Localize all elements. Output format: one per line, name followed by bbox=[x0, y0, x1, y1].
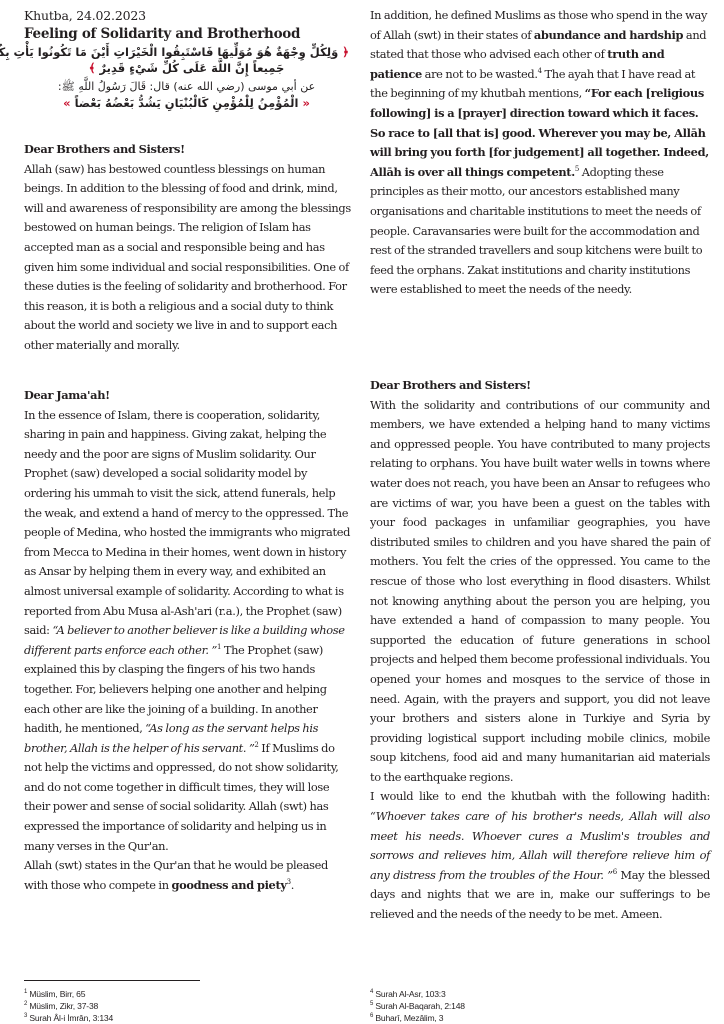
footnote-item: 4 Surah Al-Asr, 103:3 bbox=[370, 988, 465, 1000]
paragraph-text: are not to be wasted. bbox=[422, 67, 538, 81]
quote-close-icon: » bbox=[63, 96, 70, 110]
section-jamaah: Dear Jama'ah! In the essence of Islam, t… bbox=[24, 386, 354, 895]
emphasis-text: abundance and hardship bbox=[534, 28, 683, 42]
paragraph-text: If Muslims do not help the victims and o… bbox=[24, 741, 339, 853]
section-body: With the solidarity and contributions of… bbox=[370, 398, 710, 784]
section-heading: Dear Brothers and Sisters! bbox=[370, 376, 710, 396]
ornament-open-icon: ﴿ bbox=[342, 45, 349, 59]
footnotes-left: 1 Müslim, Birr, 65 2 Müslim, Zikr, 37-38… bbox=[24, 988, 113, 1024]
footnote-item: 5 Surah Al-Baqarah, 2:148 bbox=[370, 1000, 465, 1012]
ayah-line-2: جَمِيعاً إِنَّ اللَّهَ عَلَى كُلِّ شَيْء… bbox=[24, 61, 349, 75]
footnote-text: Müslim, Zikr, 37-38 bbox=[27, 1001, 98, 1011]
paragraph-text: . bbox=[291, 878, 294, 892]
page-title: Feeling of Solidarity and Brotherhood bbox=[24, 26, 300, 42]
footnote-item: 3 Surah Âl-i İmrân, 3:134 bbox=[24, 1012, 113, 1024]
hadith-intro: عن أبي موسى (رضي الله عنه) قال: قَالَ رَ… bbox=[24, 80, 349, 94]
footnotes-right: 4 Surah Al-Asr, 103:3 5 Surah Al-Baqarah… bbox=[370, 988, 465, 1024]
section-heading: Dear Jama'ah! bbox=[24, 386, 354, 406]
paragraph-text: I would like to end the khutbah with the… bbox=[370, 789, 710, 803]
ayah-text-2: جَمِيعاً إِنَّ اللَّهَ عَلَى كُلِّ شَيْء… bbox=[99, 61, 284, 75]
section-brothers-sisters-1: Dear Brothers and Sisters! Allah (saw) h… bbox=[24, 140, 354, 356]
hadith-arabic-text: الْمُؤْمِنُ لِلْمُؤْمِنِ كَالْبُنْيَانِ … bbox=[75, 96, 299, 110]
section-heading: Dear Brothers and Sisters! bbox=[24, 140, 354, 160]
quote-open-icon: « bbox=[302, 96, 309, 110]
footnote-text: Surah Al-Baqarah, 2:148 bbox=[373, 1001, 465, 1011]
footnote-item: 2 Müslim, Zikr, 37-38 bbox=[24, 1000, 113, 1012]
footnote-item: 1 Müslim, Birr, 65 bbox=[24, 988, 113, 1000]
paragraph-text: Adopting these principles as their motto… bbox=[370, 165, 702, 297]
ayah-line-1: ﴿ وَلِكُلٍّ وِجْهَةٌ هُوَ مُوَلِّيهَا فَ… bbox=[24, 45, 349, 59]
paragraph-text: In the essence of Islam, there is cooper… bbox=[24, 408, 350, 638]
footnote-divider bbox=[24, 980, 200, 981]
footnote-text: Surah Al-Asr, 103:3 bbox=[373, 989, 445, 999]
hadith-arabic: « الْمُؤْمِنُ لِلْمُؤْمِنِ كَالْبُنْيَان… bbox=[24, 96, 349, 110]
section-brothers-sisters-2: Dear Brothers and Sisters! With the soli… bbox=[370, 376, 710, 925]
footnote-text: Buharî, Mezâlim, 3 bbox=[373, 1013, 443, 1023]
khutbah-page: Khutba, 24.02.2023 Feeling of Solidarity… bbox=[0, 0, 724, 1024]
footnote-item: 6 Buharî, Mezâlim, 3 bbox=[370, 1012, 465, 1024]
section-continuation: In addition, he defined Muslims as those… bbox=[370, 6, 710, 300]
section-body: Allah (saw) has bestowed countless bless… bbox=[24, 162, 351, 352]
emphasis-text: goodness and piety bbox=[171, 878, 286, 892]
footnote-text: Surah Âl-i İmrân, 3:134 bbox=[27, 1013, 113, 1023]
footnote-text: Müslim, Birr, 65 bbox=[27, 989, 85, 999]
ornament-close-icon: ﴾ bbox=[89, 61, 96, 75]
date-line: Khutba, 24.02.2023 bbox=[24, 8, 146, 23]
ayah-text-1: وَلِكُلٍّ وِجْهَةٌ هُوَ مُوَلِّيهَا فَاس… bbox=[0, 45, 338, 59]
